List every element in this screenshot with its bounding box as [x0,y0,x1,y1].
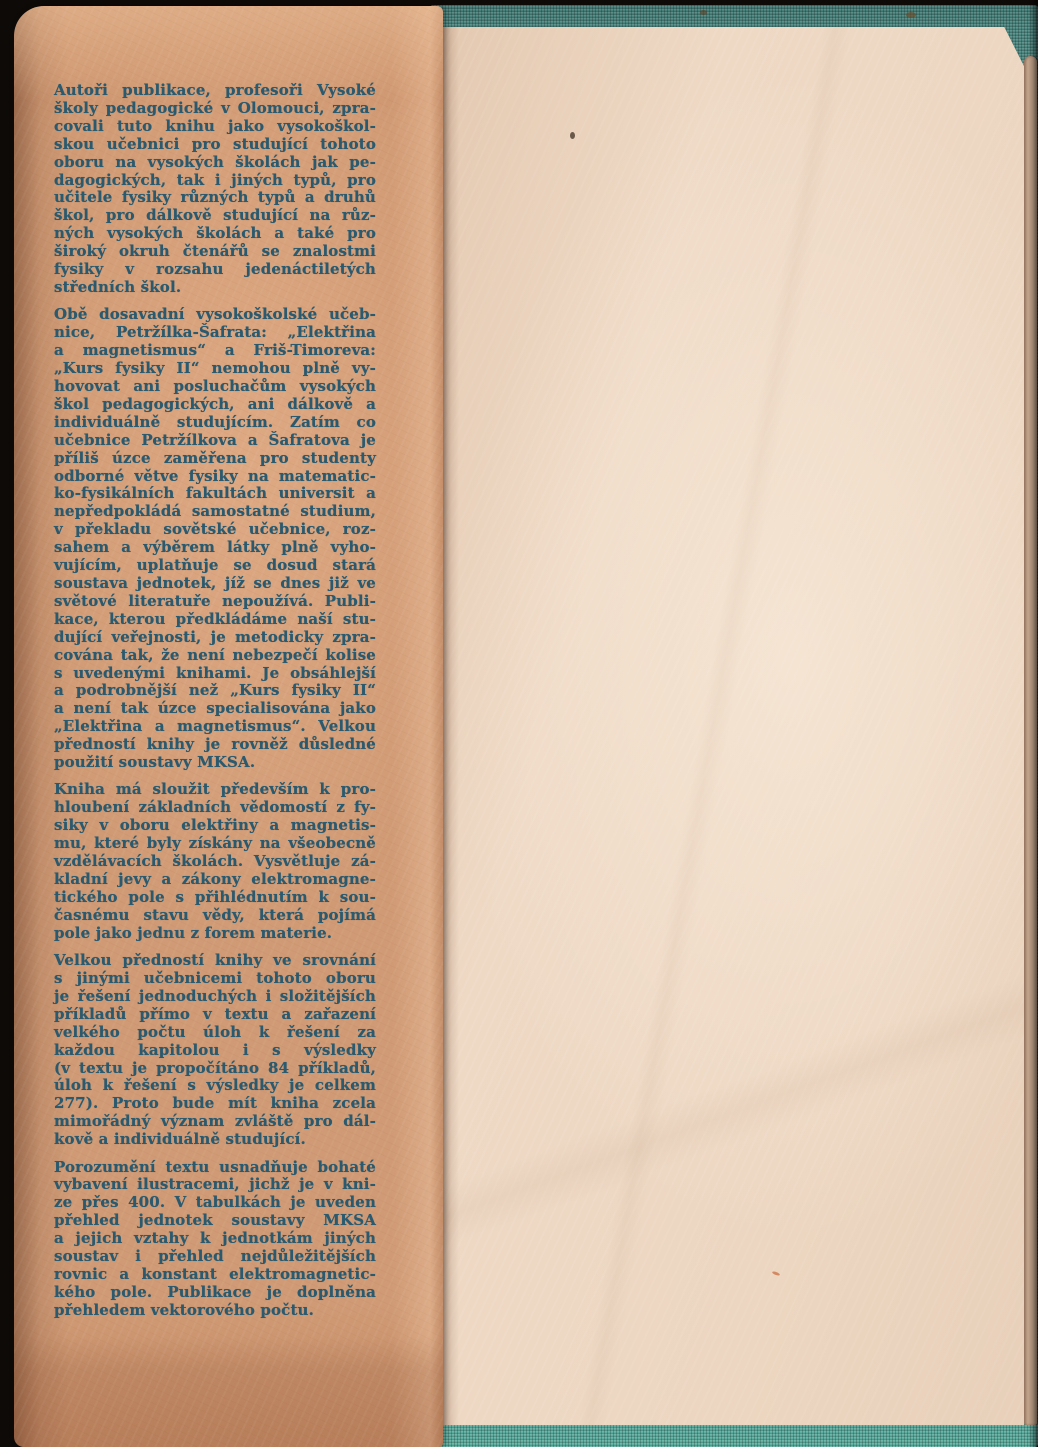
right-edge-shadow [1028,0,1038,1447]
text-line: školy pedagogické v Olomouci, zpra- [54,100,376,118]
text-line: velkého počtu úloh k řešení za [54,1024,376,1042]
text-line: „Elektřina a magnetismus“. Velkou [54,718,376,736]
stain-speck [570,132,575,139]
text-line: kace, kterou předkládáme naší stu- [54,611,376,629]
text-line: fysiky v rozsahu jedenáctiletých [54,261,376,279]
text-line: a podrobnější než „Kurs fysiky II“ [54,682,376,700]
text-line: rovnic a konstant elektromagnetic- [54,1266,376,1284]
text-line: v překladu sovětské učebnice, roz- [54,521,376,539]
text-line: individuálně studujícím. Zatím co [54,414,376,432]
flap-paragraph: Obě dosavadní vysokoškolské učeb-nice, P… [54,306,376,772]
text-line: covali tuto knihu jako vysokoškol- [54,118,376,136]
text-line: odborné větve fysiky na matematic- [54,468,376,486]
text-line: škol, pro dálkově studující na růz- [54,207,376,225]
text-line: kého pole. Publikace je doplněna [54,1284,376,1302]
text-line: přehledem vektorového počtu. [54,1302,376,1320]
text-line: soustava jednotek, jíž se dnes již ve [54,575,376,593]
flap-paragraph: Velkou předností knihy ve srovnánís jiný… [54,952,376,1149]
text-line: sahem a výběrem látky plně vyho- [54,539,376,557]
stain-speck [906,12,916,18]
book-inner-cover-photo: Autoři publikace, profesoři Vysokéškoly … [0,0,1038,1447]
text-line: Obě dosavadní vysokoškolské učeb- [54,306,376,324]
text-line: Kniha má sloužit především k pro- [54,781,376,799]
text-line: Velkou předností knihy ve srovnání [54,952,376,970]
text-line: dující veřejnosti, je metodicky zpra- [54,629,376,647]
dust-jacket-flap: Autoři publikace, profesoři Vysokéškoly … [14,6,443,1447]
flap-paragraph: Porozumění textu usnadňuje bohatévybaven… [54,1159,376,1320]
flap-text-block: Autoři publikace, profesoři Vysokéškoly … [54,82,376,1329]
text-line: (v textu je propočítáno 84 příkladů, [54,1060,376,1078]
text-line: cována tak, že není nebezpečí kolise [54,647,376,665]
text-line: časnému stavu vědy, která pojímá [54,907,376,925]
text-line: a jejich vztahy k jednotkám jiných [54,1230,376,1248]
text-line: každou kapitolou i s výsledky [54,1042,376,1060]
text-line: široký okruh čtenářů se znalostmi [54,243,376,261]
text-line: přehled jednotek soustavy MKSA [54,1212,376,1230]
text-line: hloubení základních vědomostí z fy- [54,799,376,817]
flap-fold-shadow [443,27,459,1425]
text-line: vzdělávacích školách. Vysvětluje zá- [54,853,376,871]
text-line: použití soustavy MKSA. [54,754,376,772]
text-line: a magnetismus“ a Friš-Timoreva: [54,342,376,360]
text-line: dagogických, tak i jiných typů, pro [54,172,376,190]
text-line: oboru na vysokých školách jak pe- [54,154,376,172]
text-line: ko-fysikálních fakultách universit a [54,485,376,503]
text-line: středních škol. [54,279,376,297]
text-line: tického pole s přihlédnutím k sou- [54,889,376,907]
text-line: s uvedenými knihami. Je obsáhlejší [54,665,376,683]
text-line: mimořádný význam zvláště pro dál- [54,1113,376,1131]
endpaper [443,27,1024,1425]
text-line: vybavení ilustracemi, jichž je v kni- [54,1176,376,1194]
text-line: úloh k řešení s výsledky je celkem [54,1077,376,1095]
text-line: a není tak úzce specialisována jako [54,700,376,718]
text-line: nepředpokládá samostatné studium, [54,503,376,521]
text-line: učitele fysiky různých typů a druhů [54,189,376,207]
text-line: je řešení jednoduchých i složitějších [54,988,376,1006]
text-line: skou učebnici pro studující tohoto [54,136,376,154]
text-line: pole jako jednu z forem materie. [54,925,376,943]
text-line: příliš úzce zaměřena pro studenty [54,450,376,468]
text-line: s jinými učebnicemi tohoto oboru [54,970,376,988]
text-line: světové literatuře nepoužívá. Publi- [54,593,376,611]
text-line: příkladů přímo v textu a zařazení [54,1006,376,1024]
text-line: vujícím, uplatňuje se dosud stará [54,557,376,575]
text-line: kově a individuálně studující. [54,1131,376,1149]
text-line: škol pedagogických, ani dálkově a [54,396,376,414]
text-line: ze přes 400. V tabulkách je uveden [54,1194,376,1212]
text-line: siky v oboru elektřiny a magnetis- [54,817,376,835]
text-line: Porozumění textu usnadňuje bohaté [54,1159,376,1177]
text-line: „Kurs fysiky II“ nemohou plně vy- [54,360,376,378]
flap-paragraph: Kniha má sloužit především k pro-hlouben… [54,781,376,942]
flap-paragraph: Autoři publikace, profesoři Vysokéškoly … [54,82,376,297]
text-line: Autoři publikace, profesoři Vysoké [54,82,376,100]
text-line: předností knihy je rovněž důsledné [54,736,376,754]
text-line: kladní jevy a zákony elektromagne- [54,871,376,889]
text-line: 277). Proto bude mít kniha zcela [54,1095,376,1113]
text-line: nice, Petržílka-Šafrata: „Elektřina [54,324,376,342]
text-line: hovovat ani posluchačům vysokých [54,378,376,396]
stain-speck [700,10,707,15]
text-line: učebnice Petržílkova a Šafratova je [54,432,376,450]
text-line: soustav i přehled nejdůležitějších [54,1248,376,1266]
text-line: ných vysokých školách a také pro [54,225,376,243]
text-line: mu, které byly získány na všeobecně [54,835,376,853]
